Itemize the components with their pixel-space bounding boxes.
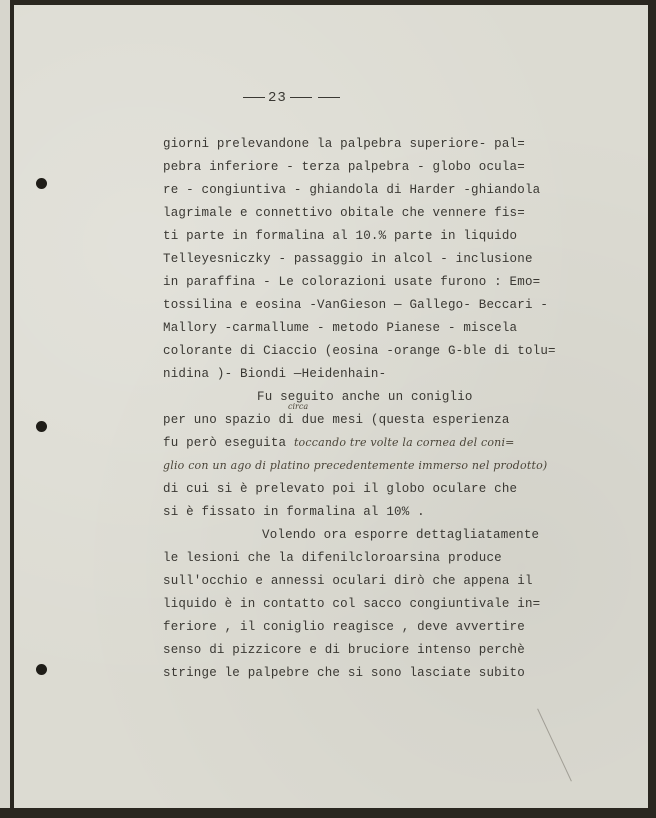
punch-hole [36, 421, 47, 432]
text-line: re - congiuntiva - ghiandola di Harder -… [163, 183, 540, 197]
text-line: le lesioni che la difenilcloroarsina pro… [163, 551, 502, 565]
previous-sheet-edge [0, 0, 10, 808]
text-line: senso di pizzicore e di bruciore intenso… [163, 643, 525, 657]
text-line: per uno spazio di due mesi (questa esper… [163, 413, 510, 427]
text-line: Volendo ora esporre dettagliatamente [262, 528, 539, 542]
document-page [14, 5, 648, 808]
typed-fragment: fu però eseguita [163, 436, 286, 450]
text-line: Mallory -carmallume - metodo Pianese - m… [163, 321, 517, 335]
text-line: liquido è in contatto col sacco congiunt… [163, 597, 540, 611]
text-line: nidina )- Biondi —Heidenhain- [163, 367, 386, 381]
text-line: si è fissato in formalina al 10% . [163, 505, 425, 519]
page-number-text: 23 [268, 90, 287, 106]
text-line: feriore , il coniglio reagisce , deve av… [163, 620, 525, 634]
punch-hole [36, 178, 47, 189]
text-line: lagrimale e connettivo obitale che venne… [163, 206, 525, 220]
handwritten-insert: glio con un ago di platino precedentemen… [163, 459, 547, 472]
text-line: in paraffina - Le colorazioni usate furo… [163, 275, 540, 289]
punch-hole [36, 664, 47, 675]
text-line: tossilina e eosina -VanGieson — Gallego-… [163, 298, 548, 312]
handwritten-insert: toccando tre volte la cornea del coni= [294, 436, 515, 449]
text-line: colorante di Ciaccio (eosina -orange G-b… [163, 344, 556, 358]
paper-crease [537, 709, 572, 782]
text-line: fu però eseguita toccando tre volte la c… [163, 436, 515, 450]
text-line: di cui si è prelevato poi il globo ocula… [163, 482, 517, 496]
text-line: giorni prelevandone la palpebra superior… [163, 137, 525, 151]
page-number: 23 [240, 90, 343, 106]
handwritten-note-circa: circa [288, 402, 308, 411]
text-line: stringe le palpebre che si sono lasciate… [163, 666, 525, 680]
text-line: Telleyesniczky - passaggio in alcol - in… [163, 252, 533, 266]
text-line: sull'occhio e annessi oculari dirò che a… [163, 574, 533, 588]
text-line: pebra inferiore - terza palpebra - globo… [163, 160, 525, 174]
text-line: ti parte in formalina al 10.% parte in l… [163, 229, 517, 243]
